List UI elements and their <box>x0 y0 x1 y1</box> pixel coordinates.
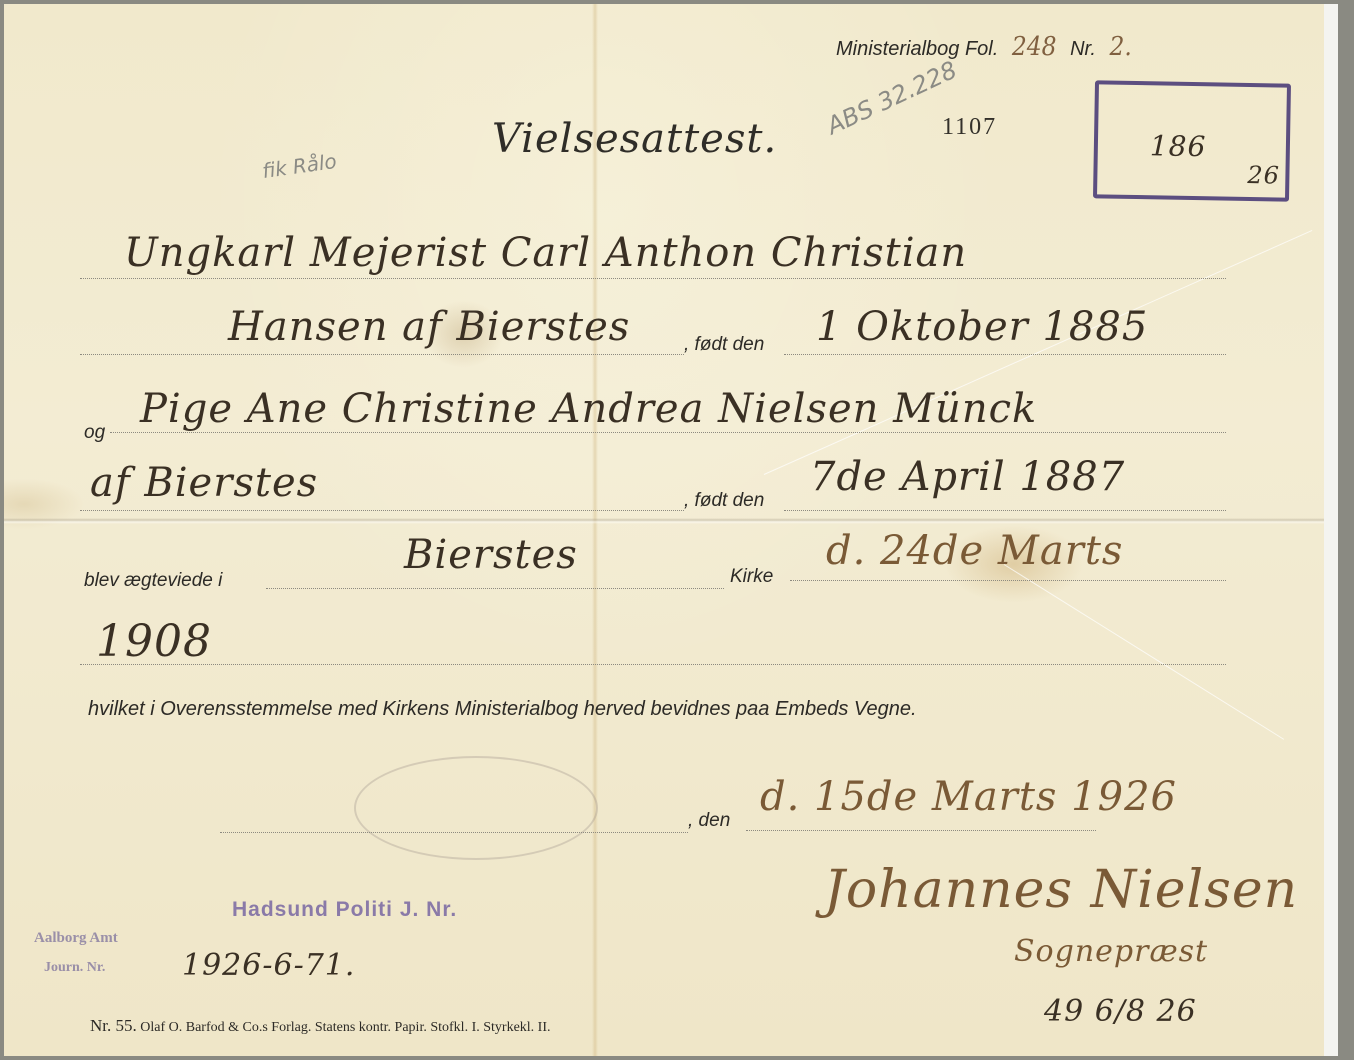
den-label: , den <box>688 810 730 832</box>
dotted-line <box>266 588 724 589</box>
priest-signature: Johannes Nielsen <box>824 860 1298 920</box>
horizontal-fold <box>4 518 1324 524</box>
serial-number: 1107 <box>942 114 997 141</box>
groom-birth-date: 1 Oktober 1885 <box>816 304 1148 350</box>
dotted-line <box>80 278 1226 279</box>
bride-residence-line: af Bierstes <box>90 460 318 506</box>
ministerialbog-label: Ministerialbog Fol. <box>836 38 998 60</box>
born-label: , født den <box>684 334 764 356</box>
dotted-line <box>790 580 1226 581</box>
pencil-archive-note: ABS 32.228 <box>823 56 961 140</box>
folio-number: 248 <box>1012 32 1057 62</box>
nr-value: 2. <box>1110 32 1132 62</box>
groom-residence-line: Hansen af Bierstes <box>228 304 630 350</box>
pencil-note: fik Rålo <box>261 149 338 183</box>
nr-label: Nr. <box>1070 38 1096 60</box>
dotted-line <box>80 354 684 355</box>
dotted-line <box>80 510 684 511</box>
dotted-line <box>220 832 688 833</box>
dotted-line <box>784 510 1226 511</box>
marriage-year: 1908 <box>96 616 212 667</box>
married-in-label: blev ægteviede i <box>84 570 222 592</box>
printer-imprint: Nr. 55. Olaf O. Barfod & Co.s Forlag. St… <box>90 1016 551 1036</box>
church-place: Bierstes <box>404 532 578 578</box>
issue-date: d. 15de Marts 1926 <box>760 774 1177 820</box>
document-title: Vielsesattest. <box>492 116 777 162</box>
diagonal-crease <box>1004 564 1284 740</box>
journal-number: 1926-6-71. <box>182 948 355 983</box>
embossed-seal <box>354 756 598 860</box>
dotted-line <box>80 664 1226 665</box>
signature-note: 49 6/8 26 <box>1044 994 1197 1029</box>
stamp-box-year: 26 <box>1247 161 1280 190</box>
registration-stamp-box: 186 26 <box>1093 80 1291 201</box>
ministerialbog-reference: Ministerialbog Fol. 248 Nr. 2. <box>836 32 1140 62</box>
attestation-text: hvilket i Overensstemmelse med Kirkens M… <box>88 698 917 721</box>
imprint-text: Olaf O. Barfod & Co.s Forlag. Statens ko… <box>140 1020 550 1035</box>
stamp-box-value: 186 <box>1150 129 1207 163</box>
dotted-line <box>784 354 1226 355</box>
priest-title: Sognepræst <box>1014 934 1208 969</box>
dotted-line <box>746 830 1096 831</box>
certificate-paper: Ministerialbog Fol. 248 Nr. 2. ABS 32.22… <box>4 4 1338 1056</box>
bride-name-line: Pige Ane Christine Andrea Nielsen Münck <box>140 386 1037 432</box>
amt-stamp-line2: Journ. Nr. <box>44 960 105 976</box>
amt-stamp-line1: Aalborg Amt <box>34 930 118 947</box>
dotted-line <box>110 432 1226 433</box>
marriage-date: d. 24de Marts <box>826 528 1123 574</box>
bride-birth-date: 7de April 1887 <box>810 454 1125 500</box>
kirke-label: Kirke <box>730 566 773 588</box>
groom-name-line: Ungkarl Mejerist Carl Anthon Christian <box>124 230 967 276</box>
police-stamp: Hadsund Politi J. Nr. <box>232 898 457 922</box>
og-label: og <box>84 422 105 444</box>
born-label: , født den <box>684 490 764 512</box>
form-number: Nr. 55. <box>90 1016 137 1035</box>
